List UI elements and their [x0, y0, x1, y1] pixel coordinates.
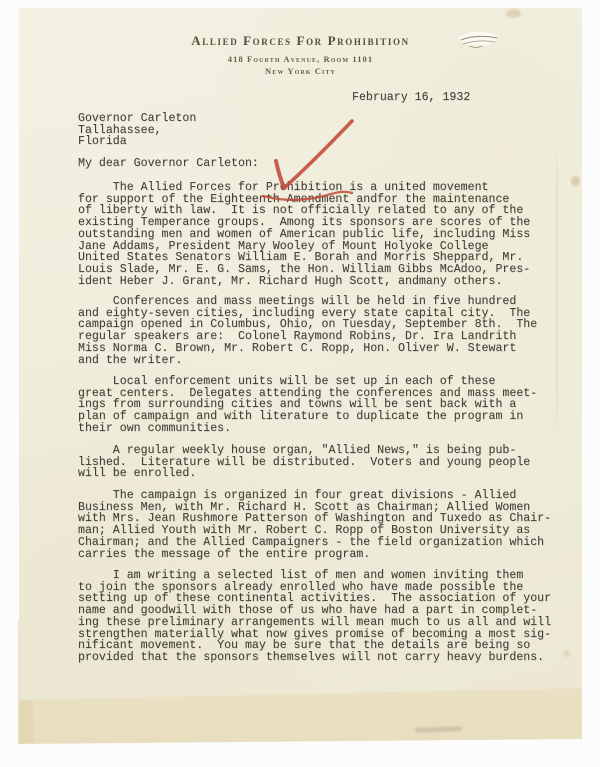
text-line: A regular weekly house organ, "Allied Ne… — [78, 445, 530, 457]
text-line: Louis Slade, Mr. E. G. Sams, the Hon. Wi… — [78, 264, 530, 276]
text-line: outstanding men and women of American pu… — [78, 229, 530, 241]
backing-sheet-edge — [20, 701, 33, 743]
scanned-letter-scene: Allied Forces For Prohibition 418 Fourth… — [0, 0, 600, 767]
text-line: I am writing a selected list of men and … — [78, 570, 551, 582]
foxing-spot — [563, 650, 570, 657]
text-line: Conferences and mass meetings will be he… — [78, 296, 537, 308]
text-line: The campaign is organized in four great … — [78, 490, 551, 502]
text-line: ing these preliminary arrangements will … — [78, 617, 551, 629]
text-line: their own communities. — [78, 423, 537, 435]
text-line: carries the message of the entire progra… — [78, 549, 551, 561]
text-line: Local enforcement units will be set up i… — [78, 376, 537, 388]
text-line: provided that the sponsors themselves wi… — [78, 652, 551, 664]
paragraph: I am writing a selected list of men and … — [78, 570, 551, 664]
foxing-spot — [571, 176, 580, 186]
text-line: The Allied Forces for Prohibition is a u… — [78, 182, 530, 194]
text-line: ident Heber J. Grant, Mr. Richard Hugh S… — [78, 276, 530, 288]
paragraph: The campaign is organized in four great … — [78, 490, 551, 560]
text-line: and the writer. — [78, 355, 537, 367]
paragraph: Conferences and mass meetings will be he… — [78, 296, 537, 366]
paragraph: Local enforcement units will be set up i… — [78, 376, 537, 435]
text-line: Miss Norma C. Brown, Mr. Robert C. Ropp,… — [78, 343, 537, 355]
letter-body: The Allied Forces for Prohibition is a u… — [19, 8, 582, 700]
text-line: will be enrolled. — [78, 468, 530, 480]
foxing-spot — [506, 9, 521, 18]
text-line: Chairman; and the Allied Campaigners - t… — [78, 537, 551, 549]
letter-sheet: Allied Forces For Prohibition 418 Fourth… — [19, 8, 582, 700]
paragraph: A regular weekly house organ, "Allied Ne… — [78, 445, 530, 480]
paragraph: The Allied Forces for Prohibition is a u… — [78, 182, 530, 287]
